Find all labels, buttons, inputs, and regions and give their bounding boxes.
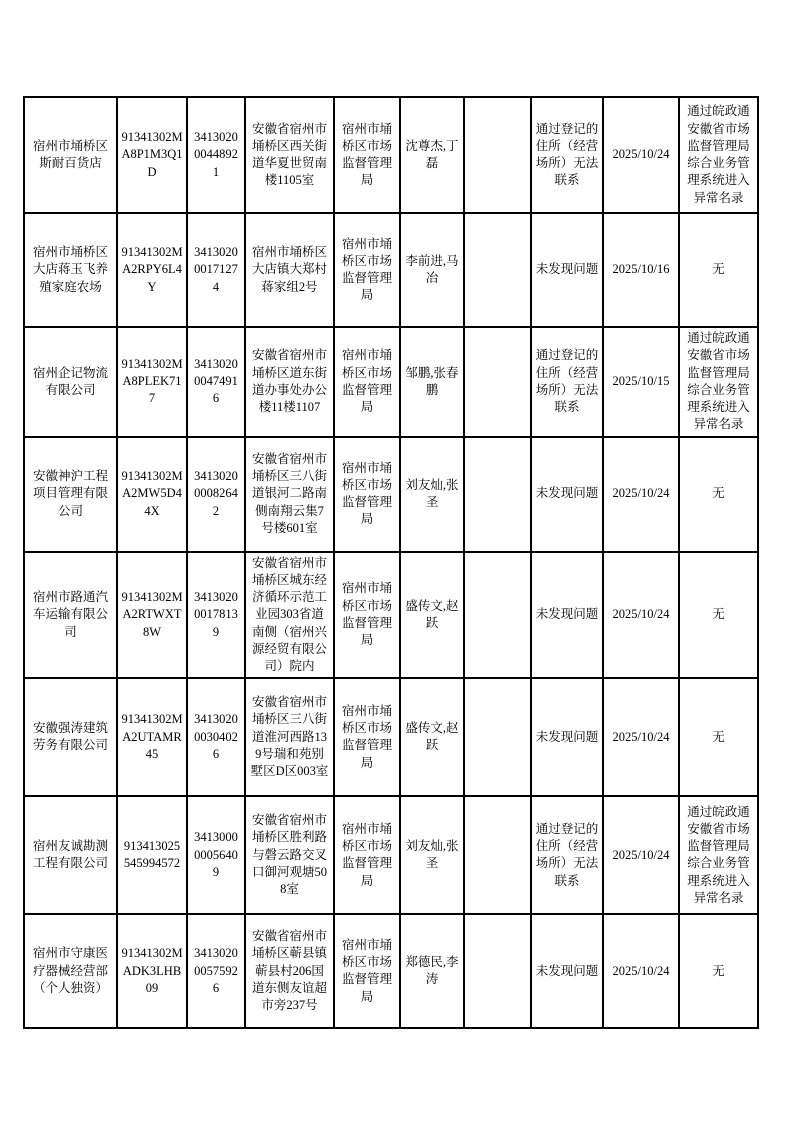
spot-check-results-table: 宿州市埇桥区斯耐百货店91341302MA8P1M3Q1D34130200044… — [23, 96, 759, 1029]
table-row: 安徽神沪工程项目管理有限公司91341302MA2MW5D44X34130200… — [24, 437, 758, 552]
remark-cell: 无 — [679, 678, 758, 796]
regulatory-authority-cell: 宿州市埇桥区市场监督管理局 — [334, 97, 400, 213]
registration-number-cell: 341302000304026 — [187, 678, 245, 796]
inspectors-cell: 盛传文,赵跃 — [400, 552, 464, 679]
inspection-date-cell: 2025/10/24 — [603, 796, 679, 914]
registration-number-cell: 341300000056409 — [187, 796, 245, 914]
remark-cell: 无 — [679, 437, 758, 552]
company-name-cell: 安徽强涛建筑劳务有限公司 — [24, 678, 117, 796]
inspection-date-cell: 2025/10/24 — [603, 437, 679, 552]
regulatory-authority-cell: 宿州市埇桥区市场监督管理局 — [334, 437, 400, 552]
inspection-result-cell: 未发现问题 — [531, 678, 603, 796]
remark-cell: 通过皖政通安徽省市场监督管理局综合业务管理系统进入异常名录 — [679, 327, 758, 437]
registration-number-cell: 341302000575926 — [187, 914, 245, 1028]
inspectors-cell: 刘友灿,张圣 — [400, 796, 464, 914]
company-name-cell: 宿州市埇桥区斯耐百货店 — [24, 97, 117, 213]
company-name-cell: 安徽神沪工程项目管理有限公司 — [24, 437, 117, 552]
inspection-result-cell: 通过登记的住所（经营场所）无法联系 — [531, 796, 603, 914]
document-page: 宿州市埇桥区斯耐百货店91341302MA8P1M3Q1D34130200044… — [0, 0, 793, 1122]
table-row: 宿州市路通汽车运输有限公司91341302MA2RTWXT8W341302000… — [24, 552, 758, 679]
credit-code-cell: 91341302MA2RPY6L4Y — [117, 213, 187, 327]
company-name-cell: 宿州市埇桥区大店蒋玉飞养殖家庭农场 — [24, 213, 117, 327]
credit-code-cell: 913413025545994572 — [117, 796, 187, 914]
table-row: 宿州市守康医疗器械经营部（个人独资）91341302MADK3LHB093413… — [24, 914, 758, 1028]
address-cell: 安徽省宿州市埇桥区道东街道办事处办公楼11楼1107 — [245, 327, 334, 437]
credit-code-cell: 91341302MA2RTWXT8W — [117, 552, 187, 679]
inspectors-cell: 邹鹏,张春鹏 — [400, 327, 464, 437]
inspectors-cell: 刘友灿,张圣 — [400, 437, 464, 552]
regulatory-authority-cell: 宿州市埇桥区市场监督管理局 — [334, 678, 400, 796]
address-cell: 安徽省宿州市埇桥区城东经济循环示范工业园303省道南侧（宿州兴源经贸有限公司）院… — [245, 552, 334, 679]
credit-code-cell: 91341302MA2MW5D44X — [117, 437, 187, 552]
table-row: 宿州友诚勘测工程有限公司9134130255459945723413000000… — [24, 796, 758, 914]
blank-cell — [464, 213, 531, 327]
company-name-cell: 宿州市路通汽车运输有限公司 — [24, 552, 117, 679]
address-cell: 宿州市埇桥区大店镇大郑村蒋家组2号 — [245, 213, 334, 327]
regulatory-authority-cell: 宿州市埇桥区市场监督管理局 — [334, 552, 400, 679]
address-cell: 安徽省宿州市埇桥区西关街道华夏世贸南楼1105室 — [245, 97, 334, 213]
registration-number-cell: 341302000082642 — [187, 437, 245, 552]
blank-cell — [464, 678, 531, 796]
table-row: 安徽强涛建筑劳务有限公司91341302MA2UTAMR453413020003… — [24, 678, 758, 796]
blank-cell — [464, 97, 531, 213]
credit-code-cell: 91341302MA8PLEK717 — [117, 327, 187, 437]
inspection-date-cell: 2025/10/15 — [603, 327, 679, 437]
blank-cell — [464, 437, 531, 552]
inspection-result-cell: 通过登记的住所（经营场所）无法联系 — [531, 97, 603, 213]
inspection-result-cell: 通过登记的住所（经营场所）无法联系 — [531, 327, 603, 437]
regulatory-authority-cell: 宿州市埇桥区市场监督管理局 — [334, 327, 400, 437]
regulatory-authority-cell: 宿州市埇桥区市场监督管理局 — [334, 213, 400, 327]
credit-code-cell: 91341302MADK3LHB09 — [117, 914, 187, 1028]
regulatory-authority-cell: 宿州市埇桥区市场监督管理局 — [334, 796, 400, 914]
inspectors-cell: 沈尊杰,丁磊 — [400, 97, 464, 213]
company-name-cell: 宿州市守康医疗器械经营部（个人独资） — [24, 914, 117, 1028]
inspection-table-body: 宿州市埇桥区斯耐百货店91341302MA8P1M3Q1D34130200044… — [24, 97, 758, 1028]
inspection-result-cell: 未发现问题 — [531, 437, 603, 552]
address-cell: 安徽省宿州市埇桥区蕲县镇蕲县村206国道东侧友谊超市旁237号 — [245, 914, 334, 1028]
registration-number-cell: 341302000474916 — [187, 327, 245, 437]
blank-cell — [464, 796, 531, 914]
credit-code-cell: 91341302MA2UTAMR45 — [117, 678, 187, 796]
blank-cell — [464, 914, 531, 1028]
blank-cell — [464, 327, 531, 437]
address-cell: 安徽省宿州市埇桥区胜利路与磬云路交叉口御河观塘508室 — [245, 796, 334, 914]
inspection-date-cell: 2025/10/24 — [603, 678, 679, 796]
remark-cell: 无 — [679, 914, 758, 1028]
inspection-date-cell: 2025/10/24 — [603, 914, 679, 1028]
address-cell: 安徽省宿州市埇桥区三八街道淮河西路139号瑞和苑别墅区D区003室 — [245, 678, 334, 796]
inspectors-cell: 郑德民,李涛 — [400, 914, 464, 1028]
regulatory-authority-cell: 宿州市埇桥区市场监督管理局 — [334, 914, 400, 1028]
company-name-cell: 宿州企记物流有限公司 — [24, 327, 117, 437]
remark-cell: 通过皖政通安徽省市场监督管理局综合业务管理系统进入异常名录 — [679, 97, 758, 213]
inspectors-cell: 李前进,马冶 — [400, 213, 464, 327]
registration-number-cell: 341302000178139 — [187, 552, 245, 679]
inspection-result-cell: 未发现问题 — [531, 552, 603, 679]
inspection-result-cell: 未发现问题 — [531, 213, 603, 327]
inspection-date-cell: 2025/10/16 — [603, 213, 679, 327]
remark-cell: 通过皖政通安徽省市场监督管理局综合业务管理系统进入异常名录 — [679, 796, 758, 914]
inspection-result-cell: 未发现问题 — [531, 914, 603, 1028]
credit-code-cell: 91341302MA8P1M3Q1D — [117, 97, 187, 213]
remark-cell: 无 — [679, 552, 758, 679]
blank-cell — [464, 552, 531, 679]
company-name-cell: 宿州友诚勘测工程有限公司 — [24, 796, 117, 914]
inspection-date-cell: 2025/10/24 — [603, 552, 679, 679]
table-row: 宿州市埇桥区大店蒋玉飞养殖家庭农场91341302MA2RPY6L4Y34130… — [24, 213, 758, 327]
inspection-date-cell: 2025/10/24 — [603, 97, 679, 213]
remark-cell: 无 — [679, 213, 758, 327]
inspectors-cell: 盛传文,赵跃 — [400, 678, 464, 796]
table-row: 宿州企记物流有限公司91341302MA8PLEK717341302000474… — [24, 327, 758, 437]
registration-number-cell: 341302000448921 — [187, 97, 245, 213]
registration-number-cell: 341302000171274 — [187, 213, 245, 327]
address-cell: 安徽省宿州市埇桥区三八街道银河二路南侧南翔云集7号楼601室 — [245, 437, 334, 552]
table-row: 宿州市埇桥区斯耐百货店91341302MA8P1M3Q1D34130200044… — [24, 97, 758, 213]
